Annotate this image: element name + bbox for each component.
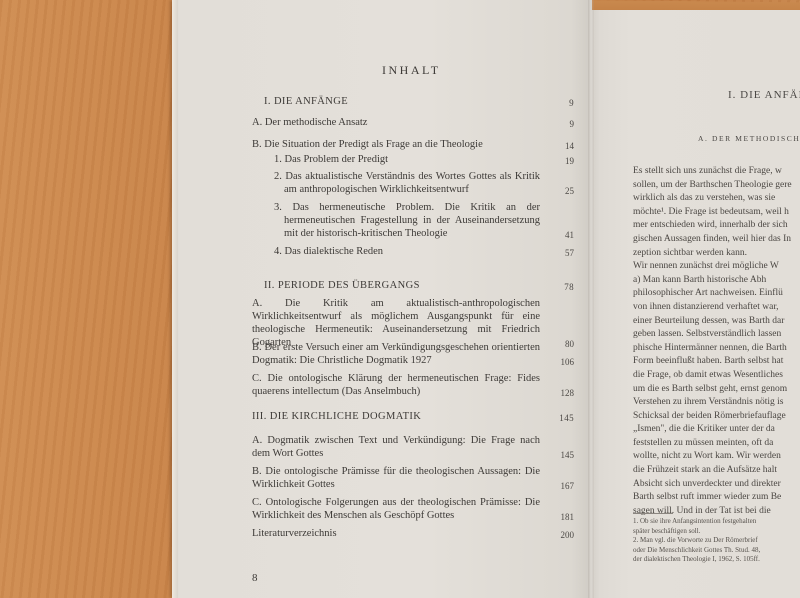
toc-entry-page: 128: [561, 387, 575, 400]
toc-entry-text: A. Der methodische Ansatz: [252, 116, 574, 129]
body-line: einer Beurteilung dessen, was Barth dar: [633, 315, 800, 329]
toc-entry-page: 9: [569, 97, 574, 110]
toc-title: INHALT: [382, 63, 441, 78]
toc-entry-page: 145: [559, 412, 574, 425]
toc-entry: II. PERIODE DES ÜBERGANGS 78: [264, 279, 574, 292]
body-line: die Frühzeit stark an die Aufsätze halt: [633, 464, 800, 478]
toc-entry-text: 1. Das Problem der Predigt: [274, 153, 574, 166]
body-line: von ihnen distanzierend verhaftet war,: [633, 301, 800, 315]
body-line: Wir nennen zunächst drei mögliche W: [633, 260, 800, 274]
body-line: „Ismen", die die Kritiker unter der da: [633, 423, 800, 437]
body-line: zeption sichtbar werden kann.: [633, 247, 800, 261]
toc-entry-text: B. Die Situation der Predigt als Frage a…: [252, 138, 574, 151]
toc-entry-text: Literaturverzeichnis: [252, 527, 574, 540]
toc-entry-page: 106: [561, 356, 575, 369]
book-gutter: [588, 0, 594, 598]
body-text: Es stellt sich uns zunächst die Frage, w…: [633, 165, 800, 518]
toc-entry-page: 78: [564, 281, 574, 294]
toc-entry-page: 14: [565, 140, 574, 153]
toc-entry-text: B. Die ontologische Prämisse für die the…: [252, 465, 574, 491]
toc-entry-page: 167: [561, 480, 575, 493]
body-line: sollen, um der Barthschen Theologie gere: [633, 179, 800, 193]
body-line: geben lassen. Selbstverständlich lassen: [633, 328, 800, 342]
toc-entry-text: C. Die ontologische Klärung der hermeneu…: [252, 372, 574, 398]
body-line: phische Hintermänner nennen, die Barth: [633, 342, 800, 356]
footnote-line: 2. Man vgl. die Vorworte zu Der Römerbri…: [633, 536, 800, 546]
toc-entry-text: B. Der erste Versuch einer am Verkündigu…: [252, 341, 574, 367]
toc-entry: A. Der methodische Ansatz 9: [252, 116, 574, 129]
toc-entry: C. Die ontologische Klärung der hermeneu…: [252, 372, 574, 398]
toc-entry: I. DIE ANFÄNGE 9: [264, 95, 574, 108]
body-line: Form beeinflußt haben. Barth selbst hat: [633, 355, 800, 369]
toc-entry-text: C. Ontologische Folgerungen aus der theo…: [252, 496, 574, 522]
toc-entry-page: 9: [570, 118, 575, 131]
toc-entry-page: 19: [565, 155, 574, 168]
toc-entry-text: 2. Das aktualistische Verständnis des Wo…: [274, 170, 574, 196]
toc-entry-text: II. PERIODE DES ÜBERGANGS: [264, 279, 574, 292]
chapter-heading: I. DIE ANFÄNGE: [728, 89, 800, 102]
footnote-line: der dialektischen Theologie I, 1962, S. …: [633, 555, 800, 565]
toc-entry: III. DIE KIRCHLICHE DOGMATIK 145: [252, 410, 574, 423]
toc-entry-text: III. DIE KIRCHLICHE DOGMATIK: [252, 410, 574, 423]
toc-entry-text: 4. Das dialektische Reden: [274, 245, 574, 258]
body-line: Schicksal der beiden Römerbriefauflage: [633, 410, 800, 424]
toc-entry-text: A. Dogmatik zwischen Text und Verkündigu…: [252, 434, 574, 460]
footnotes: 1. Ob sie ihre Anfangsintention festgeha…: [633, 517, 800, 565]
body-line: Es stellt sich uns zunächst die Frage, w: [633, 165, 800, 179]
section-heading: A. DER METHODISCHE ANSATZ: [698, 132, 800, 145]
body-line: Absicht sich unverdeckter und direkter: [633, 478, 800, 492]
toc-entry: B. Die Situation der Predigt als Frage a…: [252, 138, 574, 151]
body-line: gischen Aussagen finden, weil hier das I…: [633, 233, 800, 247]
body-line: Verstehen zu ihrem Verständnis nötig is: [633, 396, 800, 410]
body-line: möchte¹. Die Frage ist bedeutsam, weil h: [633, 206, 800, 220]
toc-entry-page: 181: [561, 511, 575, 524]
footnote-rule: [633, 513, 673, 514]
toc-entry: A. Dogmatik zwischen Text und Verkündigu…: [252, 434, 574, 460]
body-line: wollte, nicht zu Wort kam. Wir werden: [633, 450, 800, 464]
toc-entry-text: 3. Das hermeneutische Problem. Die Kriti…: [274, 201, 574, 240]
toc-entry-page: 41: [565, 229, 574, 242]
toc-entry-page: 25: [565, 185, 574, 198]
toc-entry: 1. Das Problem der Predigt 19: [274, 153, 574, 166]
toc-entry: C. Ontologische Folgerungen aus der theo…: [252, 496, 574, 522]
footnote-line: oder Die Menschlichkeit Gottes Th. Stud.…: [633, 546, 800, 556]
toc-entry: B. Die ontologische Prämisse für die the…: [252, 465, 574, 491]
toc-entry-page: 57: [565, 247, 574, 260]
body-line: wirklich als das zu verstehen, was sie: [633, 192, 800, 206]
footnote-line: später beschäftigen soll.: [633, 527, 800, 537]
body-line: um die es Barth selbst geht, ernst genom: [633, 383, 800, 397]
toc-entry: 2. Das aktualistische Verständnis des Wo…: [274, 170, 574, 196]
toc-entry-page: 145: [561, 449, 575, 462]
body-line: die Frage, ob damit etwas Wesentliches: [633, 369, 800, 383]
footnote-line: 1. Ob sie ihre Anfangsintention festgeha…: [633, 517, 800, 527]
body-line: a) Man kann Barth historische Abh: [633, 274, 800, 288]
toc-entry: 4. Das dialektische Reden 57: [274, 245, 574, 258]
toc-entry: B. Der erste Versuch einer am Verkündigu…: [252, 341, 574, 367]
toc-entry: Literaturverzeichnis 200: [252, 527, 574, 540]
toc-entry-page: 200: [561, 529, 575, 542]
toc-entry: 3. Das hermeneutische Problem. Die Kriti…: [274, 201, 574, 240]
body-line: philosophischer Art nachweisen. Einflü: [633, 287, 800, 301]
toc-entry-text: I. DIE ANFÄNGE: [264, 95, 574, 108]
body-line: mer entschieden wird, innerhalb der sich: [633, 219, 800, 233]
body-line: Barth selbst ruft immer wieder zum Be: [633, 491, 800, 505]
left-page-number: 8: [252, 572, 258, 584]
body-line: feststellen zu müssen meinten, oft da: [633, 437, 800, 451]
